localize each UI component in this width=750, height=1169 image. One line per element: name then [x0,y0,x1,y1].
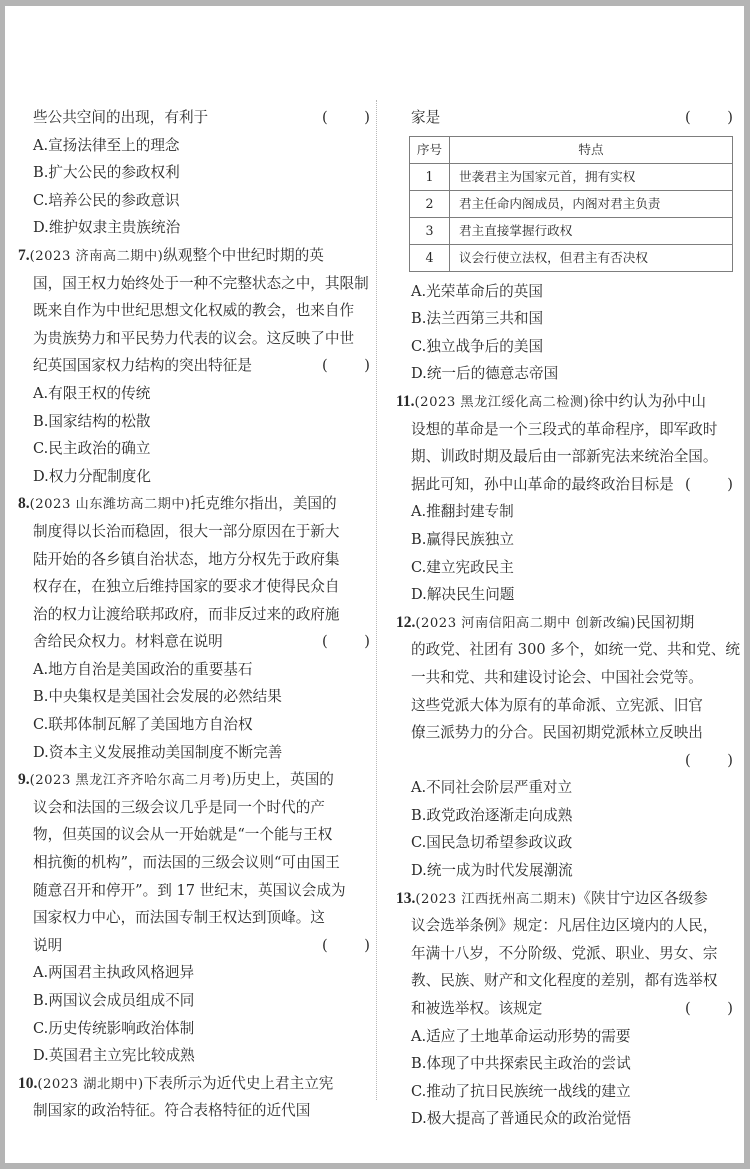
table-row: 3 君主直接掌握行政权 [410,217,733,244]
q9-stem-line: 物，但英国的议会从一开始就是“一个能与王权 [18,821,370,849]
table-header: 序号 [410,136,450,163]
question-number: 9. [18,771,30,788]
q8-head: 8.(2023 山东潍坊高二期中)托克维尔指出，美国的 [18,490,370,518]
table-cell: 君主任命内阁成员，内阁对君主负责 [450,190,733,217]
answer-blank[interactable]: () [685,471,733,499]
q8-option-b: B.中央集权是美国社会发展的必然结果 [18,683,370,711]
table-row: 1 世袭君主为国家元首，拥有实权 [410,163,733,190]
q13-option-d: D.极大提高了普通民众的政治觉悟 [396,1105,733,1133]
table-cell: 4 [410,244,450,271]
q13-option-c: C.推动了抗日民族统一战线的建立 [396,1078,733,1106]
q9-stem-line: 国家权力中心，而法国专制王权达到顶峰。这 [18,904,370,932]
q11-stem-line: 据此可知，孙中山革命的最终政治目标是 () [396,471,733,499]
table-header-row: 序号 特点 [410,136,733,163]
q12-stem-line: 的政党、社团有 300 多个，如统一党、共和党、统 [396,636,733,664]
table-header: 特点 [450,136,733,163]
q7-stem-line: 国，国王权力始终处于一种不完整状态之中，其限制 [18,270,370,298]
answer-blank[interactable]: () [685,747,733,775]
table-cell: 君主直接掌握行政权 [450,217,733,244]
table-cell: 2 [410,190,450,217]
q11-option-b: B.赢得民族独立 [396,526,733,554]
answer-blank[interactable]: () [322,932,370,960]
q6-stem-tail: 些公共空间的出现，有利于 () [18,104,370,132]
q7-option-d: D.权力分配制度化 [18,463,370,491]
question-number: 13. [396,890,415,907]
q9-stem-line: 相抗衡的机构”，而法国的三级会议则“可由国王 [18,849,370,877]
left-column: 些公共空间的出现，有利于 () A.宣扬法律至上的理念 B.扩大公民的参政权利 … [18,104,370,1125]
answer-blank[interactable]: () [685,995,733,1023]
q8-option-c: C.联邦体制瓦解了美国地方自治权 [18,711,370,739]
table-cell: 世袭君主为国家元首，拥有实权 [450,163,733,190]
q11-option-c: C.建立宪政民主 [396,554,733,582]
q9-option-d: D.英国君主立宪比较成熟 [18,1042,370,1070]
q11-option-a: A.推翻封建专制 [396,498,733,526]
q12-stem-line: 这些党派大体为原有的革命派、立宪派、旧官 [396,692,733,720]
table-row: 2 君主任命内阁成员，内阁对君主负责 [410,190,733,217]
question-number: 12. [396,614,415,631]
table-cell: 议会行使立法权，但君主有否决权 [450,244,733,271]
table-row: 4 议会行使立法权，但君主有否决权 [410,244,733,271]
features-table: 序号 特点 1 世袭君主为国家元首，拥有实权 2 君主任命内阁成员，内阁对君主负… [409,136,733,272]
answer-blank[interactable]: () [685,104,733,132]
question-number: 11. [396,393,415,410]
q13-stem-line: 年满十八岁，不分阶级、党派、职业、男女、宗 [396,940,733,968]
q12-stem-line: 僚三派势力的分合。民国初期党派林立反映出 [396,719,733,747]
q7-option-c: C.民主政治的确立 [18,435,370,463]
q7-stem-line: 为贵族势力和平民势力代表的议会。这反映了中世 [18,325,370,353]
question-number: 7. [18,247,30,264]
q13-stem-line: 议会选举条例》规定：凡居住边区境内的人民， [396,912,733,940]
q10-option-b: B.法兰西第三共和国 [396,305,733,333]
q12-answer-line: () [396,747,733,775]
q9-option-b: B.两国议会成员组成不同 [18,987,370,1015]
q7-option-b: B.国家结构的松散 [18,408,370,436]
q11-option-d: D.解决民生问题 [396,581,733,609]
q6-option-b: B.扩大公民的参政权利 [18,159,370,187]
table-cell: 3 [410,217,450,244]
q12-option-c: C.国民急切希望参政议政 [396,829,733,857]
q13-option-b: B.体现了中共探索民主政治的尝试 [396,1050,733,1078]
q10-head: 10.(2023 湖北期中)下表所示为近代史上君主立宪 [18,1070,370,1098]
question-source: (2023 江西抚州高二期末) [415,892,576,907]
q13-head: 13.(2023 江西抚州高二期末)《陕甘宁边区各级参 [396,885,733,913]
q7-stem-line: 既来自作为中世纪思想文化权威的教会，也来自作 [18,297,370,325]
q9-head: 9.(2023 黑龙江齐齐哈尔高二月考)历史上，英国的 [18,766,370,794]
q12-head: 12.(2023 河南信阳高二期中 创新改编)民国初期 [396,609,733,637]
question-number: 10. [18,1075,37,1092]
table-cell: 1 [410,163,450,190]
q7-option-a: A.有限王权的传统 [18,380,370,408]
q9-option-c: C.历史传统影响政治体制 [18,1015,370,1043]
q8-stem-line: 权存在，在独立后维持国家的要求才使得民众自 [18,573,370,601]
q13-stem-line: 和被选举权。该规定 () [396,995,733,1023]
question-source: (2023 山东潍坊高二期中) [30,497,191,512]
q8-stem-line: 制度得以长治而稳固，很大一部分原因在于新大 [18,518,370,546]
q10-option-c: C.独立战争后的美国 [396,333,733,361]
question-source: (2023 湖北期中) [37,1077,143,1092]
question-source: (2023 河南信阳高二期中 创新改编) [415,616,635,631]
answer-blank[interactable]: () [322,628,370,656]
q8-stem-line: 舍给民众权力。材料意在说明 () [18,628,370,656]
question-number: 8. [18,495,30,512]
q10-stem-line: 制国家的政治特征。符合表格特征的近代国 [18,1097,370,1125]
q12-stem-line: 一共和党、共和建设讨论会、中国社会党等。 [396,664,733,692]
q9-stem-line: 说明 () [18,932,370,960]
q6-option-a: A.宣扬法律至上的理念 [18,132,370,160]
q7-head: 7.(2023 济南高二期中)纵观整个中世纪时期的英 [18,242,370,270]
q9-option-a: A.两国君主执政风格迥异 [18,959,370,987]
q12-option-a: A.不同社会阶层严重对立 [396,774,733,802]
q6-option-c: C.培养公民的参政意识 [18,187,370,215]
right-column: 家是 () 序号 特点 1 世袭君主为国家元首，拥有实权 2 君主任命内阁成员，… [396,104,733,1133]
q12-option-d: D.统一成为时代发展潮流 [396,857,733,885]
q9-stem-line: 随意召开和停开”。到 17 世纪末，英国议会成为 [18,877,370,905]
question-source: (2023 黑龙江齐齐哈尔高二月考) [30,773,232,788]
q7-stem-line: 纪英国国家权力结构的突出特征是 () [18,352,370,380]
q11-head: 11.(2023 黑龙江绥化高二检测)徐中约认为孙中山 [396,388,733,416]
q13-stem-line: 教、民族、财产和文化程度的差别，都有选举权 [396,967,733,995]
answer-blank[interactable]: () [322,104,370,132]
answer-blank[interactable]: () [322,352,370,380]
column-divider [376,100,377,1100]
q8-stem-line: 陆开始的各乡镇自治状态，地方分权先于政府集 [18,546,370,574]
q12-option-b: B.政党政治逐渐走向成熟 [396,802,733,830]
q9-stem-line: 议会和法国的三级会议几乎是同一个时代的产 [18,794,370,822]
q13-option-a: A.适应了土地革命运动形势的需要 [396,1023,733,1051]
q8-option-d: D.资本主义发展推动美国制度不断完善 [18,739,370,767]
q11-stem-line: 期、训政时期及最后由一部新宪法来统治全国。 [396,443,733,471]
exam-page: 些公共空间的出现，有利于 () A.宣扬法律至上的理念 B.扩大公民的参政权利 … [5,6,744,1163]
q8-stem-line: 治的权力让渡给联邦政府，而非反过来的政府施 [18,601,370,629]
q6-option-d: D.维护奴隶主贵族统治 [18,214,370,242]
q10-option-d: D.统一后的德意志帝国 [396,360,733,388]
q10-stem-tail: 家是 () [396,104,733,132]
question-source: (2023 济南高二期中) [30,249,164,264]
q8-option-a: A.地方自治是美国政治的重要基石 [18,656,370,684]
q11-stem-line: 设想的革命是一个三段式的革命程序，即军政时 [396,416,733,444]
q10-option-a: A.光荣革命后的英国 [396,278,733,306]
question-source: (2023 黑龙江绥化高二检测) [415,395,590,410]
